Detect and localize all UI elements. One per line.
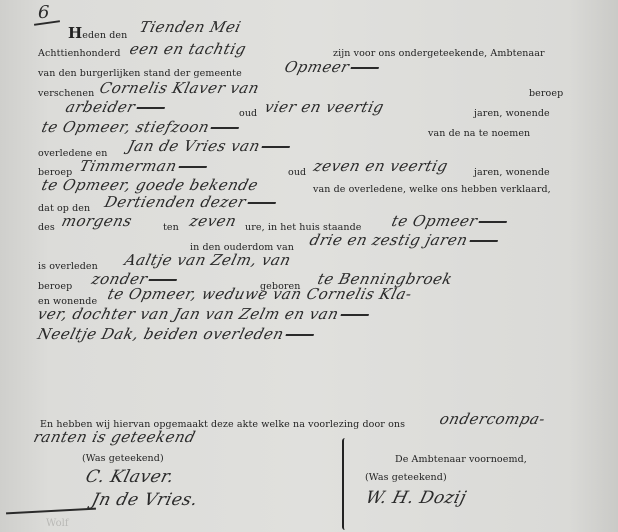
handwritten-comparant-1-beroep: arbeider (64, 98, 168, 116)
handwritten-residence-line-2: ver, dochter van Jan van Zelm en van (36, 305, 371, 323)
handwritten-comparant-1-name: Cornelis Klaver van (98, 79, 262, 97)
handwritten-house-location: te Opmeer (390, 212, 510, 230)
handwritten-deceased-name: Aaltje van Zelm, van (123, 251, 293, 269)
handwritten-residence-line-1: te Opmeer, weduwe van Cornelis Kla- (106, 285, 414, 303)
handwritten-comparant-2-name: Jan de Vries van (126, 137, 292, 155)
signature-official: W. H. Dozij (364, 488, 469, 508)
beroep-label-1: beroep (529, 88, 563, 99)
handwritten-comparant-1-residence: te Opmeer, stiefzoon (40, 118, 242, 136)
was-geteekend-right-label: (Was geteekend) (365, 472, 447, 483)
des-label: des (38, 222, 55, 233)
margin-note: Wolf (46, 518, 69, 529)
signature-flourish (6, 508, 96, 515)
heden-den-label: Heden den (68, 24, 127, 42)
handwritten-death-day: Dertienden dezer (103, 193, 278, 211)
page-number: 6 (38, 2, 49, 23)
oud-label-1: oud (239, 108, 257, 119)
was-geteekend-left-label: (Was geteekend) (82, 453, 164, 464)
signature-divider (342, 438, 348, 530)
handwritten-closing-2: ranten is geteekend (32, 428, 198, 446)
handwritten-comparant-1-age: vier en veertig (263, 98, 386, 116)
signature-klaver: C. Klaver. (84, 467, 177, 487)
is-overleden-label: is overleden (38, 261, 98, 272)
handwritten-closing: ondercompa- (438, 410, 548, 428)
van-de-na-te-noemen-label: van de na te noemen (428, 128, 530, 139)
handwritten-age-deceased: drie en zestig jaren (308, 231, 500, 249)
jaren-wonende-label-2: jaren, wonende (474, 167, 550, 178)
beroep-label-3: beroep (38, 281, 72, 292)
achttienhonderd-label: Achttienhonderd (38, 48, 121, 59)
handwritten-year: een en tachtig (128, 40, 248, 58)
oud-label-2: oud (288, 167, 306, 178)
ten-label: ten (163, 222, 179, 233)
signature-de-vries: Jn de Vries. (90, 490, 201, 510)
handwritten-hour: zeven (188, 212, 239, 230)
handwritten-gemeente: Opmeer (283, 58, 382, 76)
burgerlijken-stand-label: van den burgerlijken stand der gemeente (38, 68, 242, 79)
van-de-overledene-label: van de overledene, welke ons hebben verk… (313, 184, 551, 195)
heden-rest: eden den (82, 30, 127, 41)
jaren-wonende-label-1: jaren, wonende (474, 108, 550, 119)
handwritten-time-of-day: morgens (60, 212, 134, 230)
de-ambtenaar-label: De Ambtenaar voornoemd, (395, 454, 527, 465)
handwritten-comparant-2-beroep: Timmerman (78, 157, 209, 175)
handwritten-comparant-2-age: zeven en veertig (312, 157, 450, 175)
handwritten-residence-line-3: Neeltje Dak, beiden overleden (36, 325, 316, 343)
handwritten-date-day: Tienden Mei (138, 18, 243, 36)
handwritten-comparant-2-residence: te Opmeer, goede bekende (40, 176, 260, 194)
certificate-page: 6 Heden den Tienden Mei Achttienhonderd … (0, 0, 618, 532)
heden-initial: H (68, 24, 82, 42)
